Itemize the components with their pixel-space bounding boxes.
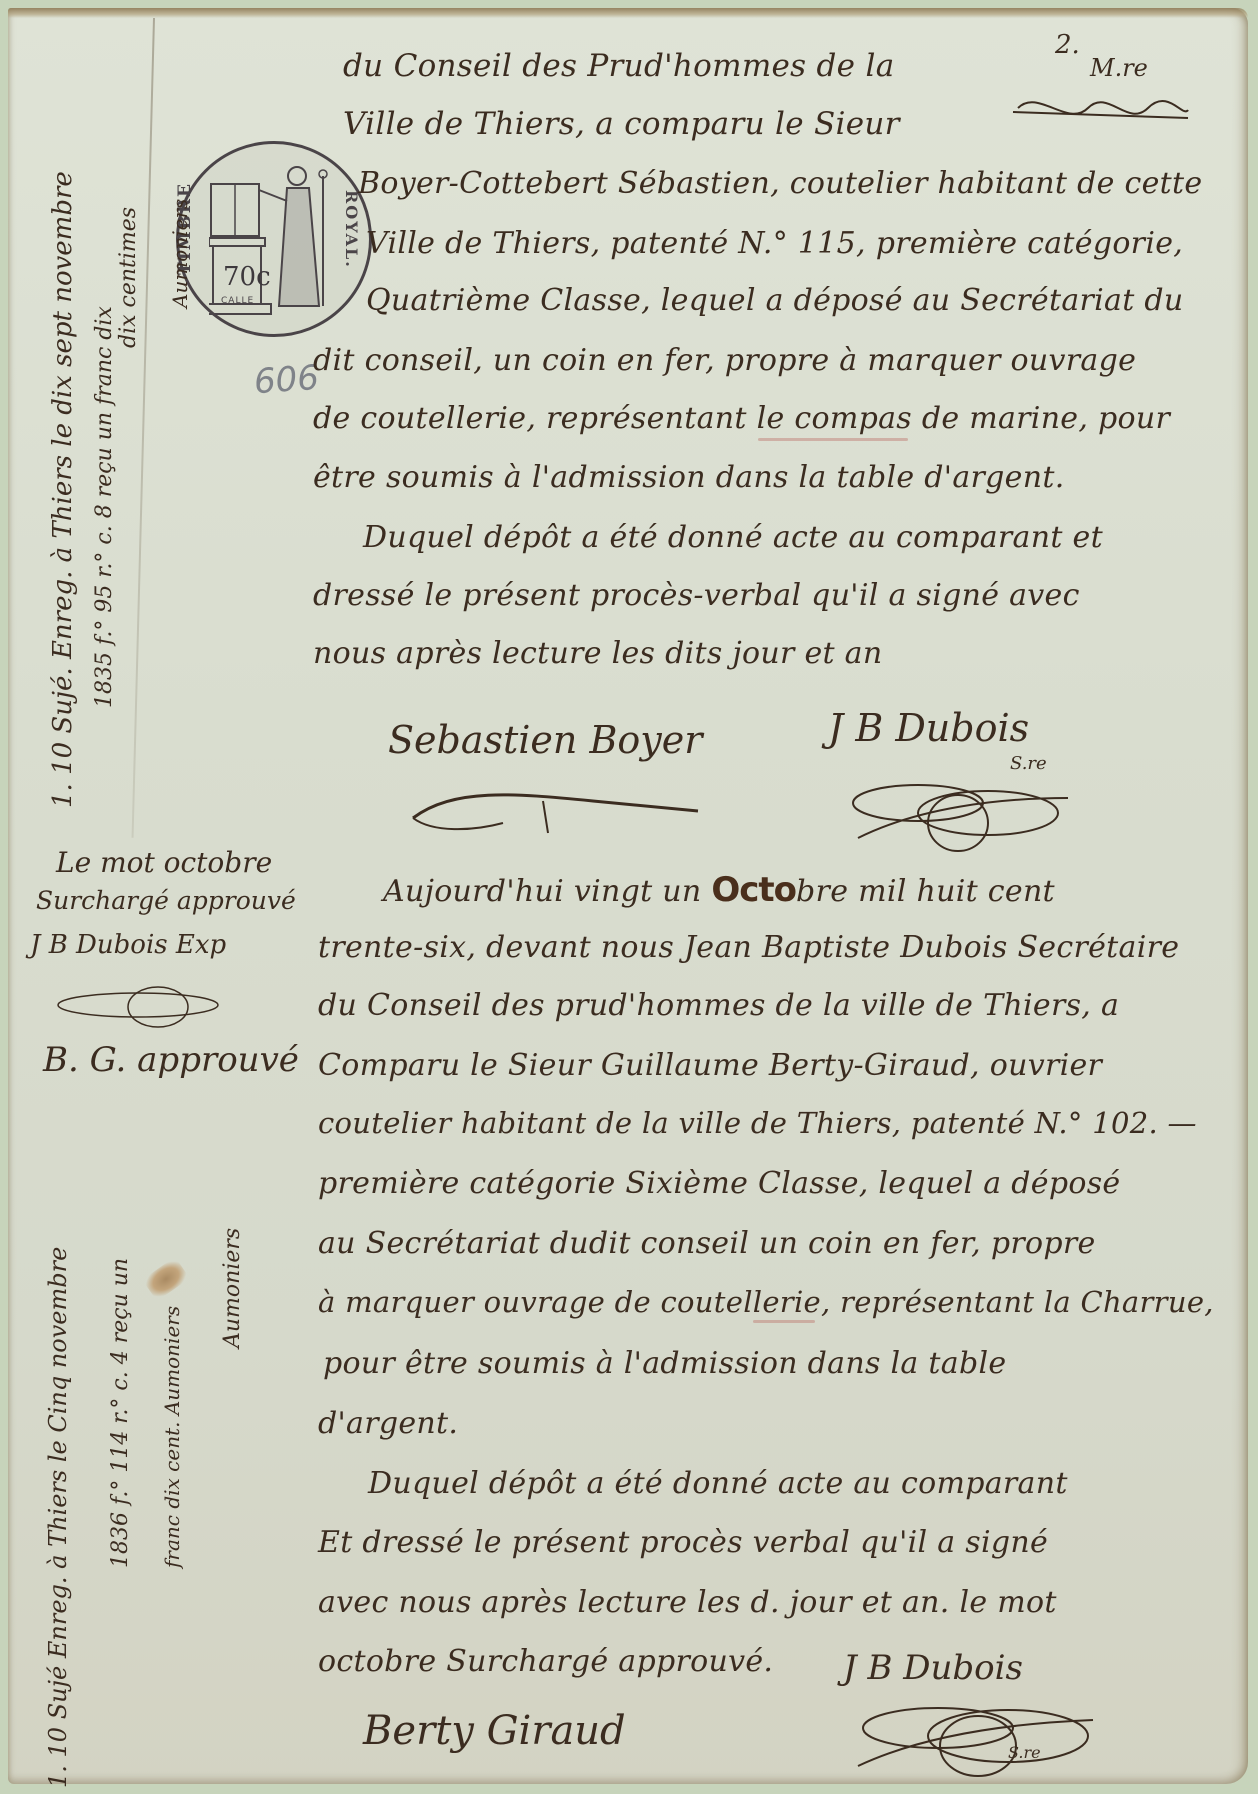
signature-boyer: Sebastien Boyer [388, 718, 702, 762]
entry1-line: Quatrième Classe, lequel a déposé au Sec… [366, 283, 1184, 318]
secretary-title-2: S.re [1008, 1743, 1041, 1762]
entry2-line: au Secrétariat dudit conseil un coin en … [318, 1226, 1096, 1261]
bottom-margin-signature: Aumoniers [220, 1228, 245, 1348]
dubois-paraph-2-icon [848, 1688, 1098, 1783]
stamp-royal-label: ROYAL. [342, 190, 361, 269]
entry1-line: être soumis à l'admission dans la table … [313, 460, 1065, 495]
pencil-folio-number: 606 [253, 358, 321, 402]
entry2-line: trente-six, devant nous Jean Baptiste Du… [318, 930, 1179, 965]
entry1-line: Ville de Thiers, patenté N.° 115, premiè… [366, 226, 1183, 261]
entry2-line: première catégorie Sixième Classe, leque… [318, 1166, 1120, 1201]
ink-stain [142, 1257, 190, 1301]
page-number: 2. [1055, 30, 1080, 60]
top-registration-line: 1835 f.° 95 r.° c. 8 reçu un franc dix [92, 306, 117, 708]
entry2-date-prefix: Aujourd'hui vingt un [383, 874, 711, 909]
signature-flourish-icon [393, 773, 713, 843]
entry2-line: Comparu le Sieur Guillaume Berty-Giraud,… [318, 1048, 1102, 1083]
entry2-line-date: Aujourd'hui vingt un Octobre mil huit ce… [383, 870, 1055, 910]
entry1-closing-line: Duquel dépôt a été donné acte au compara… [363, 520, 1103, 555]
signature-dubois: J B Dubois [828, 706, 1029, 750]
entry2-line: d'argent. [318, 1406, 458, 1441]
approval-note-line: Surchargé approuvé [36, 886, 296, 915]
entry1-line: du Conseil des Prud'hommes de la [343, 48, 894, 84]
stamp-value: 70c [223, 262, 271, 292]
entry2-closing-line: Duquel dépôt a été donné acte au compara… [368, 1466, 1068, 1501]
bottom-registration-line: 1. 10 Sujé Enreg. à Thiers le Cinq novem… [44, 1247, 72, 1788]
page-top-edge [8, 8, 1248, 18]
initials-approved: B. G. approuvé [43, 1040, 299, 1080]
entry1-line: de coutellerie, représentant le compas d… [313, 401, 1170, 436]
approval-note-line: Le mot octobre [56, 846, 272, 879]
entry2-line: coutelier habitant de la ville de Thiers… [318, 1106, 1197, 1140]
red-pencil-underline [758, 438, 908, 441]
entry1-closing-line: dressé le présent procès-verbal qu'il a … [313, 578, 1080, 613]
bottom-registration-line: 1836 f.° 114 r.° c. 4 reçu un [108, 1258, 133, 1568]
entry2-line: du Conseil des prud'hommes de la ville d… [318, 988, 1119, 1023]
entry1-line: Boyer-Cottebert Sébastien, coutelier hab… [358, 166, 1202, 201]
manuscript-page: 2. M.re TIMBRE ROYAL. 70c CALLE 606 du C… [8, 8, 1248, 1784]
red-pencil-underline [753, 1320, 815, 1323]
octo-overwrite: Octo [711, 870, 796, 910]
dubois-paraph-icon [838, 768, 1078, 858]
bottom-registration-line: franc dix cent. Aumoniers [160, 1306, 184, 1568]
entry2-line: à marquer ouvrage de coutellerie, représ… [318, 1285, 1214, 1319]
entry1-line: dit conseil, un coin en fer, propre à ma… [313, 343, 1136, 378]
entry2-line: pour être soumis à l'admission dans la t… [323, 1346, 1006, 1381]
entry1-line: Ville de Thiers, a comparu le Sieur [343, 106, 900, 142]
margin-rule-line [132, 18, 155, 838]
entry2-closing-line: octobre Surchargé approuvé. [318, 1644, 773, 1679]
approval-paraph-icon [48, 983, 248, 1033]
top-margin-signature: Aumoniers [168, 199, 192, 308]
top-registration-line: dix centimes [116, 207, 141, 348]
entry2-closing-line: avec nous après lecture les d. jour et a… [318, 1585, 1057, 1620]
entry2-closing-line: Et dressé le présent procès verbal qu'il… [318, 1525, 1048, 1560]
signature-dubois-2: J B Dubois [843, 1648, 1023, 1688]
royal-tax-stamp: TIMBRE ROYAL. 70c CALLE [176, 141, 372, 337]
stamp-footer: CALLE [221, 296, 254, 306]
signature-berty-giraud: Berty Giraud [363, 1708, 626, 1754]
corner-flourish-icon [1008, 78, 1198, 138]
entry1-closing-line: nous après lecture les dits jour et an [313, 636, 883, 671]
top-registration-line: 1. 10 Sujé. Enreg. à Thiers le dix sept … [48, 171, 78, 808]
approval-note-line: J B Dubois Exp [30, 930, 226, 960]
entry2-date-suffix: bre mil huit cent [796, 874, 1055, 909]
